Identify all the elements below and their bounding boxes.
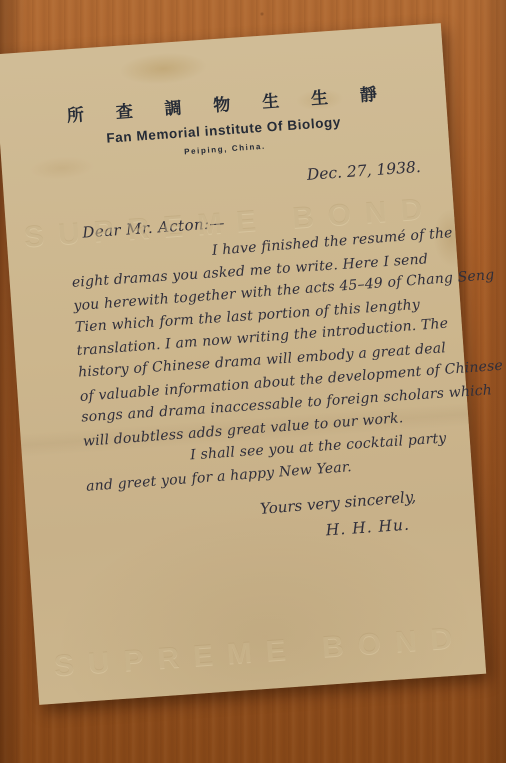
letter-body: I have finished the resumé of the eight … [70,224,448,497]
letter-signature: H. H. Hu. [325,511,476,539]
letter-sheet: SUPREME BOND SUPREME BOND 所 查 調 物 生 生 靜 … [0,23,486,705]
paper-watermark-lower: SUPREME BOND [36,620,485,685]
letterhead: 所 查 調 物 生 生 靜 Fan Memorial institute Of … [0,23,449,169]
